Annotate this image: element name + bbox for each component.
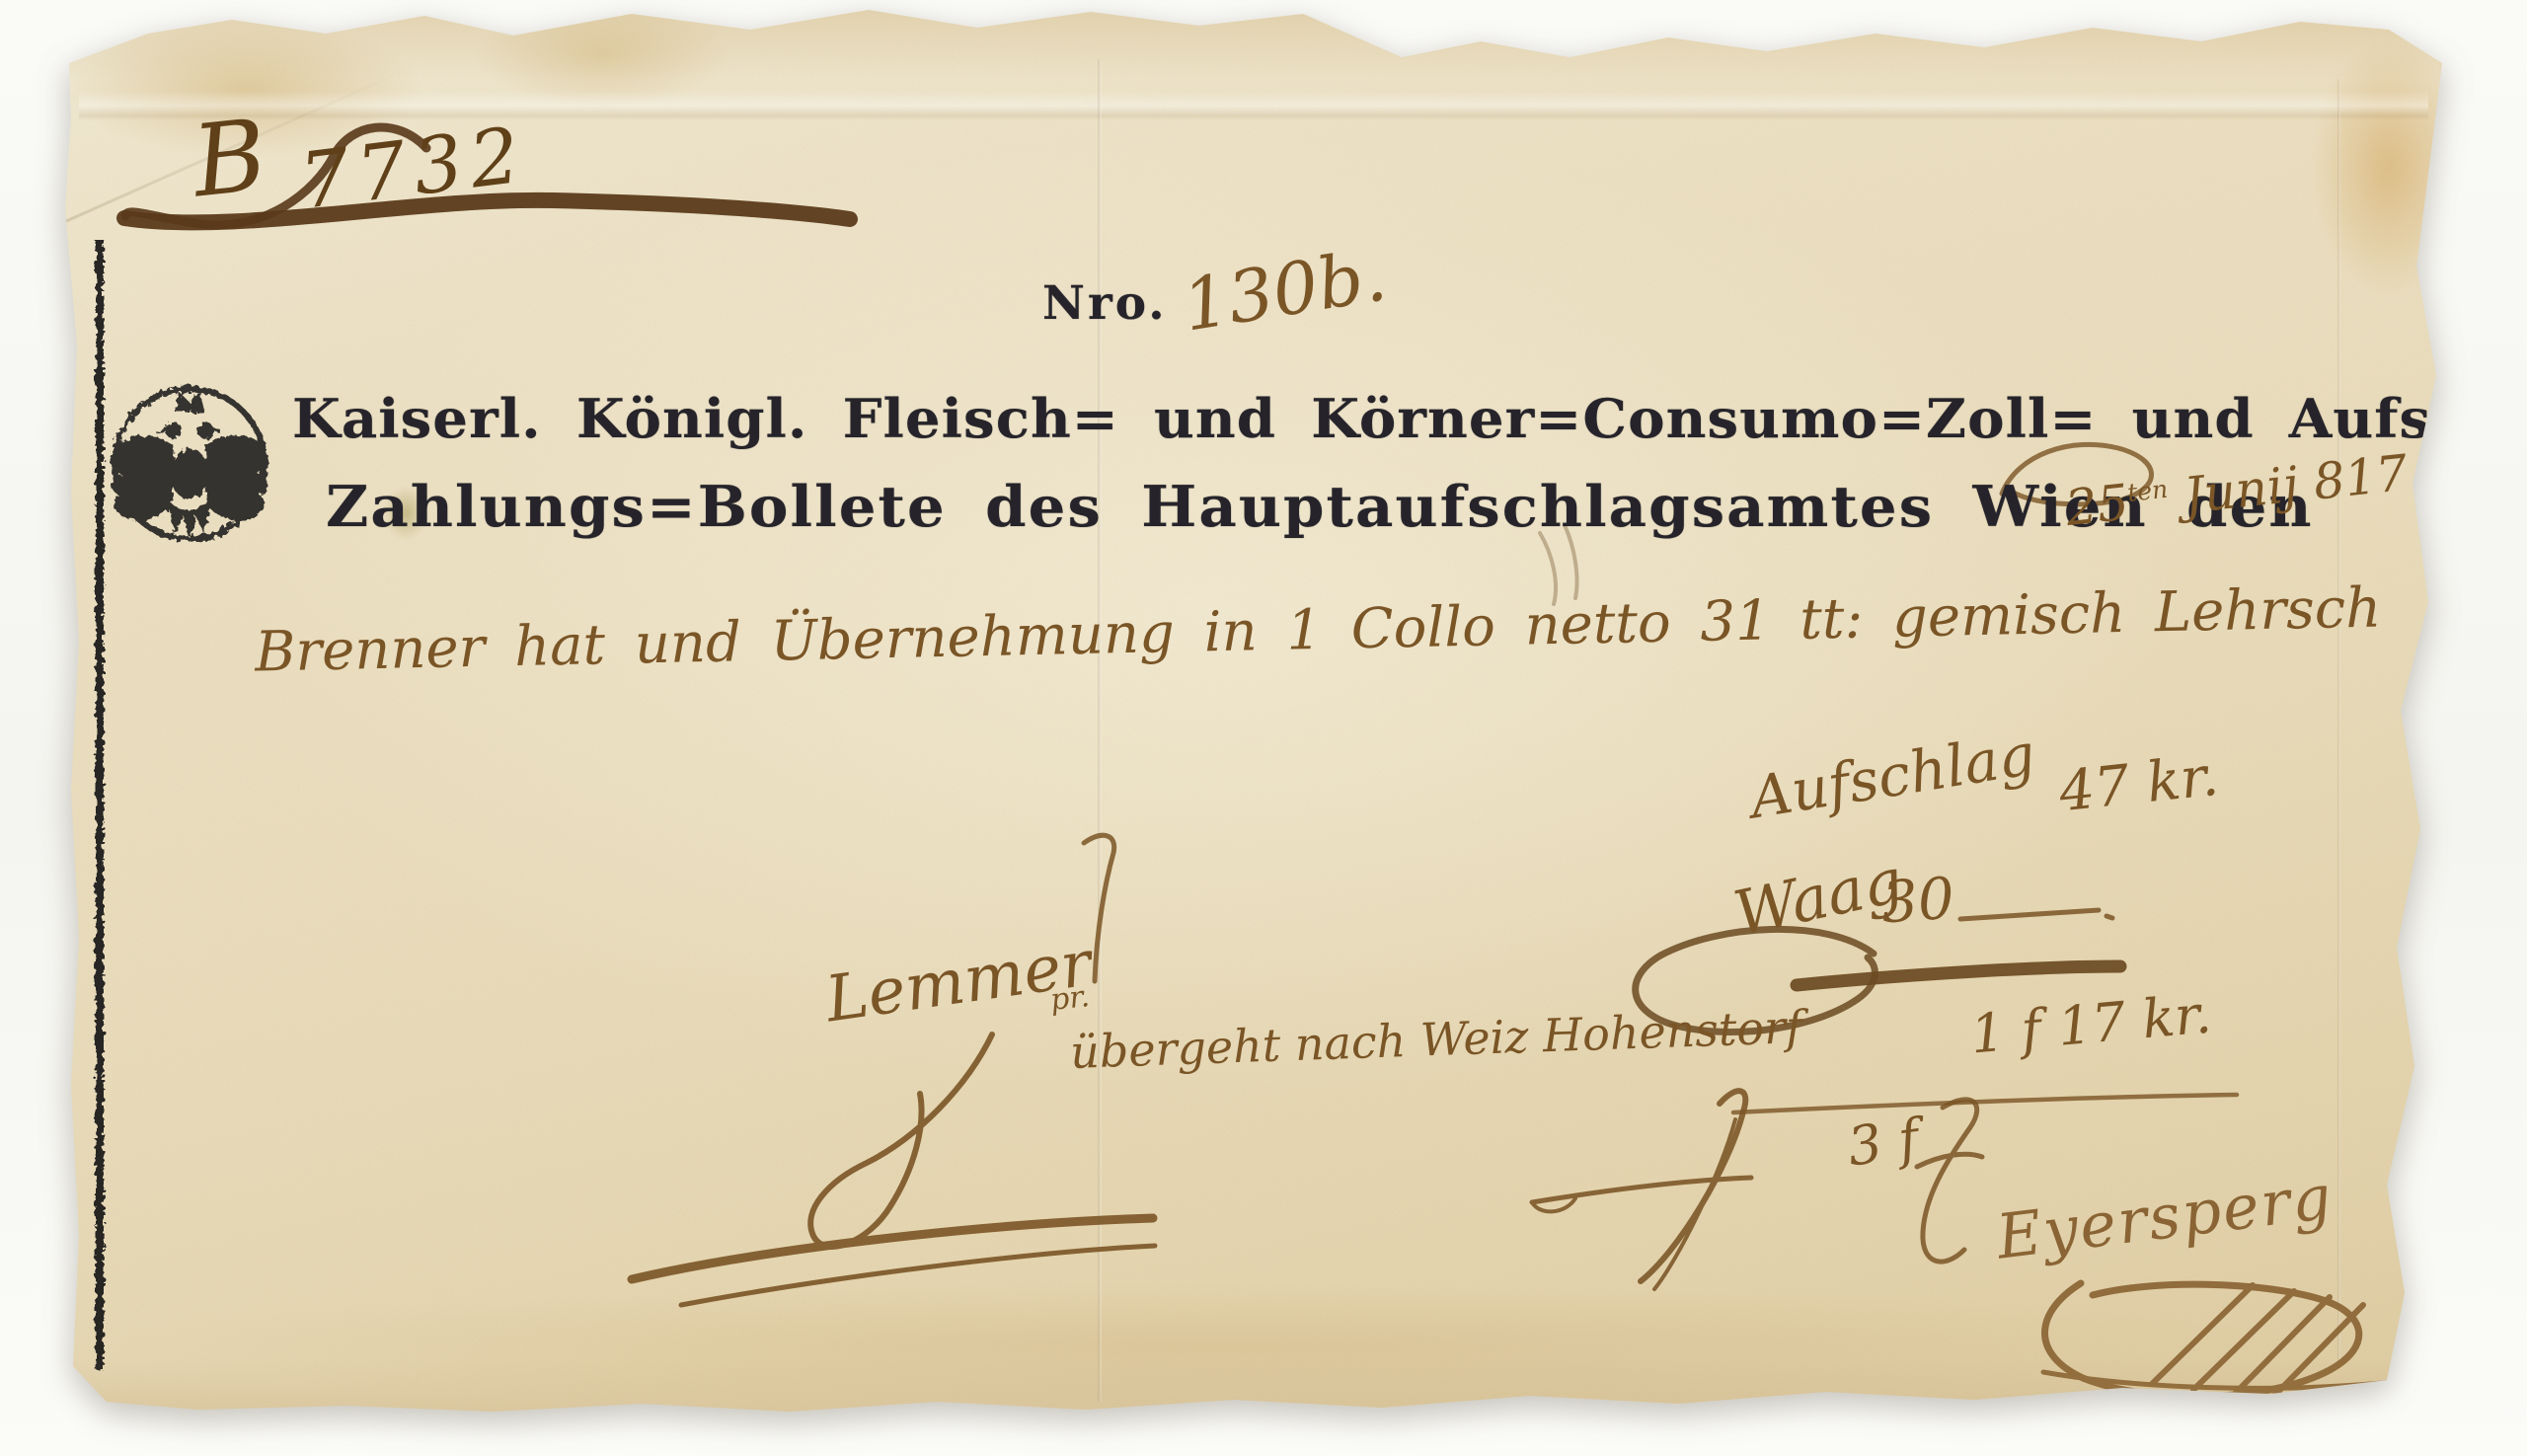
stain-right-edge: [2310, 39, 2468, 296]
signature: Eyersperg: [1993, 1160, 2336, 1272]
stain-top-mid: [474, 0, 730, 109]
crease-center-vertical: [1098, 59, 1102, 1402]
declaration-line: Brenner hat und Übernehmung in 1 Collo n…: [255, 575, 2382, 684]
charge-row-label: Aufschlag: [1745, 721, 2039, 832]
paper-shadow-layer: B 7732 Nro. 130b. Kaiserl. Königl. Fleis…: [0, 0, 2527, 1456]
nro-value: 130b.: [1178, 233, 1392, 346]
crease-right-vertical: [2337, 79, 2340, 1362]
duty-flourish: [1532, 1091, 1751, 1289]
officer-monogram: [1917, 1100, 1982, 1262]
title-line-2: Zahlungs=Bollete des Hauptaufschlagsamte…: [326, 474, 2314, 540]
nro-label: Nro.: [1042, 276, 1168, 331]
imperial-double-eagle-stamp-icon: [111, 385, 268, 539]
title-line-1: Kaiserl. Königl. Fleisch= und Körner=Con…: [292, 387, 2527, 450]
clerk-suffix: pr.: [1048, 979, 1091, 1018]
charge-row-amount: 3 f: [1844, 1107, 1923, 1178]
scanned-receipt: B 7732 Nro. 130b. Kaiserl. Königl. Fleis…: [0, 0, 2527, 1456]
reference-number: 7732: [295, 111, 532, 226]
stain-bottom-band: [99, 1283, 2320, 1412]
crease-top-horizontal: [79, 91, 2428, 120]
left-border-rule: [96, 239, 104, 1370]
signature-paraph: [2043, 1283, 2393, 1400]
amount-dash: [1960, 910, 2112, 919]
reference-initial: B: [188, 97, 271, 219]
charge-row-amount: 30: [1879, 865, 1956, 937]
paper-document: B 7732 Nro. 130b. Kaiserl. Königl. Fleis…: [0, 0, 2527, 1456]
row-rule: [1733, 1095, 2237, 1112]
charge-row-label: übergeht nach Weiz Hohenstorf: [1069, 1000, 1803, 1079]
charge-row-amount: 1 f 17 kr.: [1968, 982, 2214, 1065]
charge-row-amount: 47 kr.: [2056, 744, 2221, 825]
